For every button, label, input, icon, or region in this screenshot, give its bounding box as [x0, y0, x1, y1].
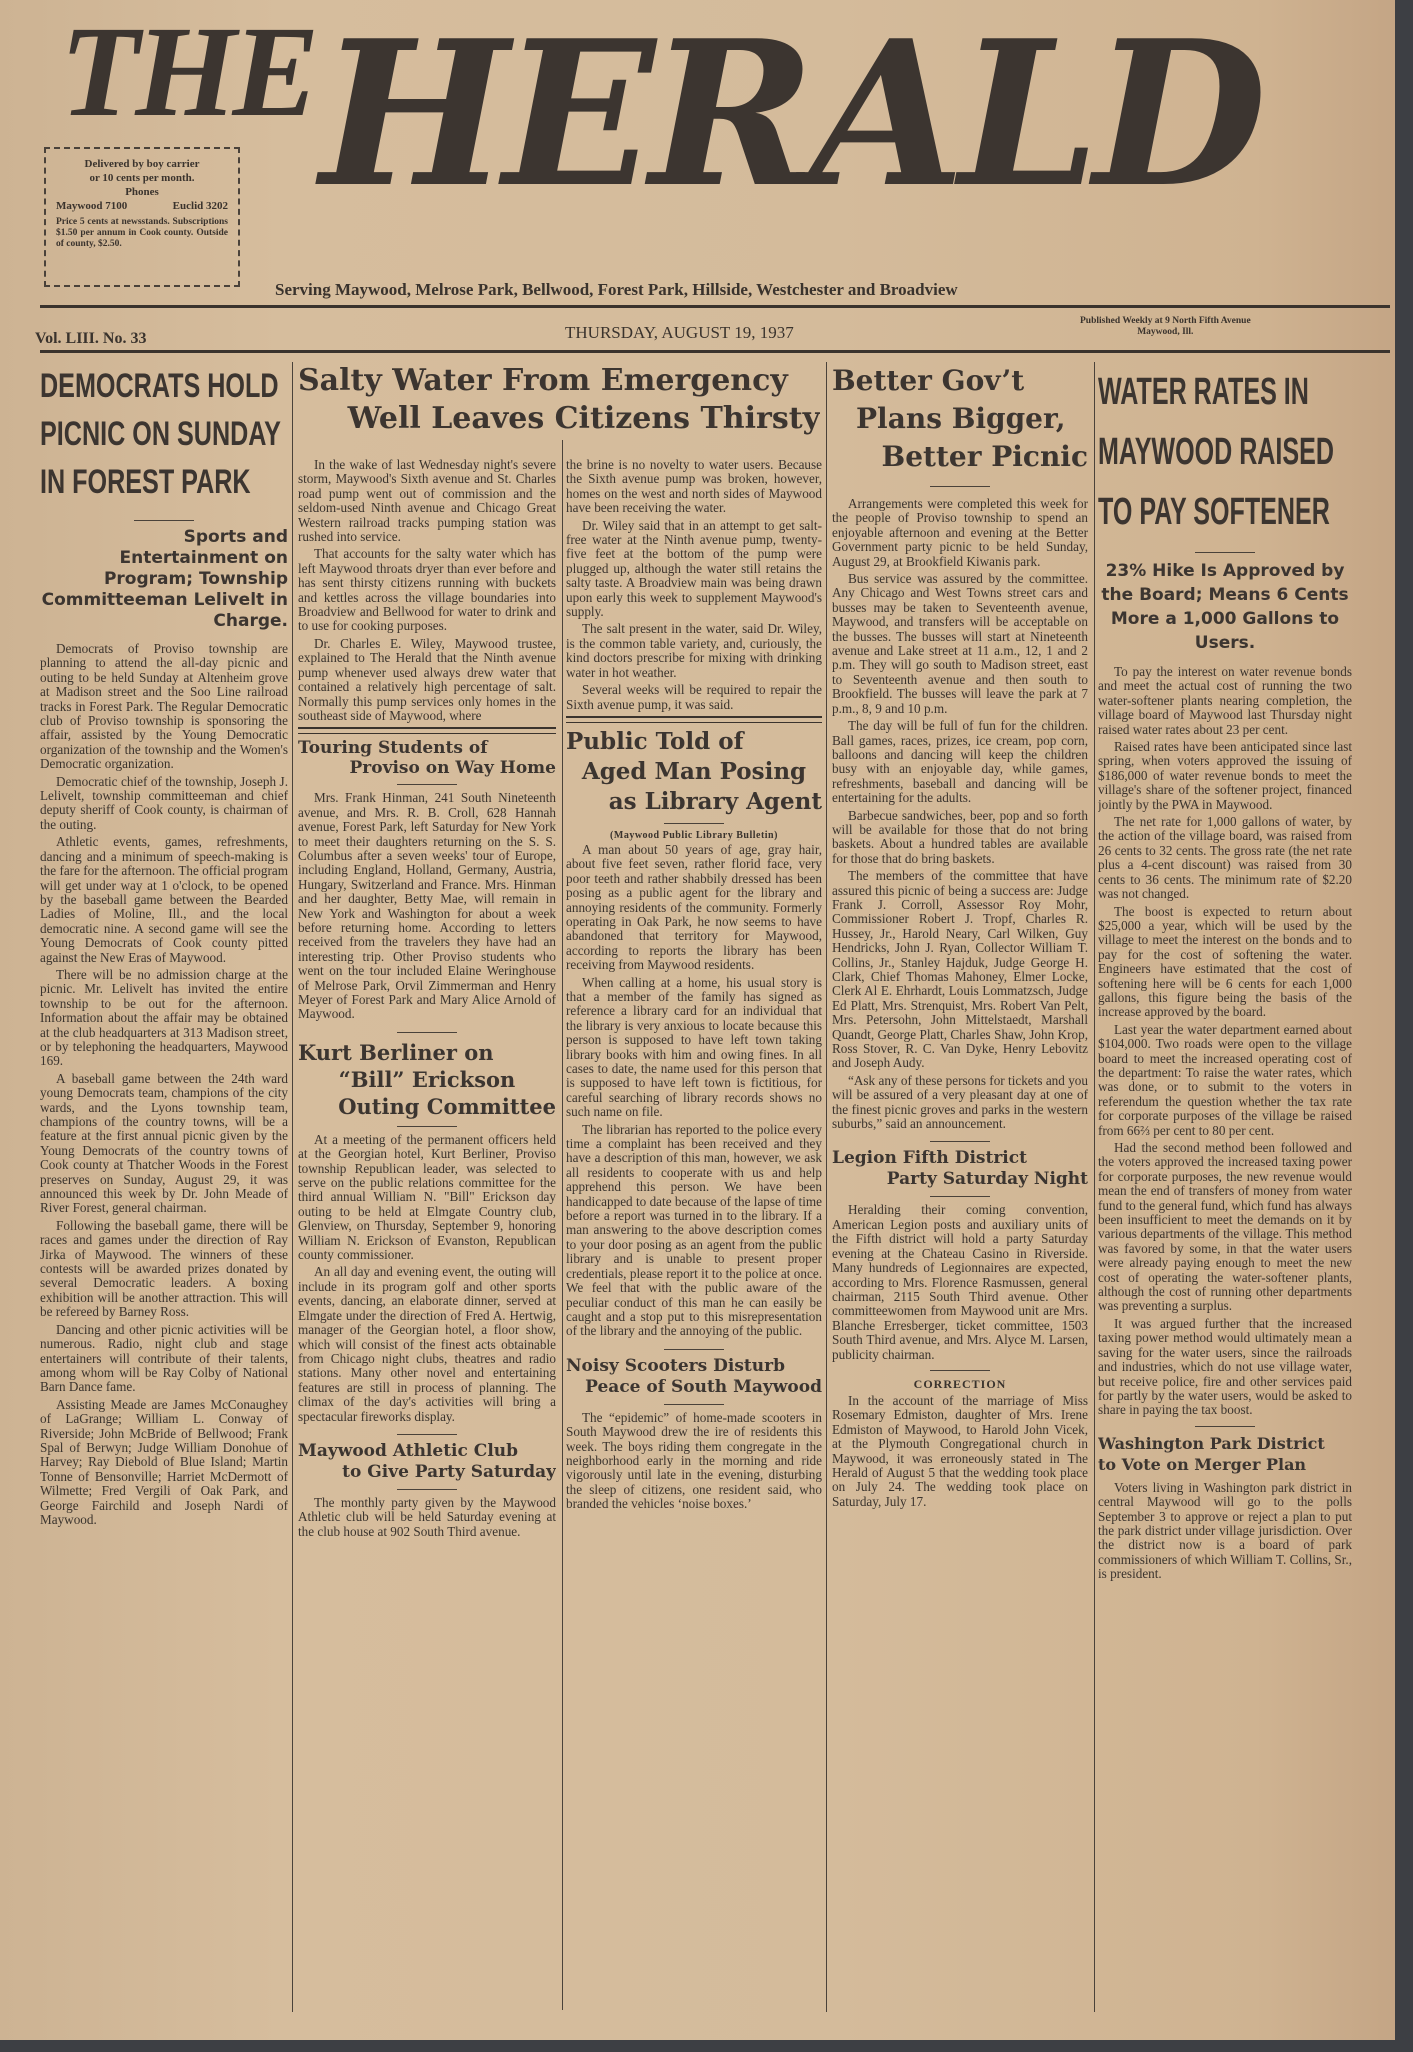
paragraph: Last year the water department earned ab…: [1098, 1023, 1352, 1138]
paragraph: The “epidemic” of home-made scooters in …: [566, 1411, 822, 1512]
headline-line: Washington Park District: [1098, 1433, 1352, 1454]
paragraph: In the account of the marriage of Miss R…: [832, 1394, 1088, 1509]
headline-line: Maywood Athletic Club: [298, 1441, 556, 1462]
paragraph: Heralding their coming convention, Ameri…: [832, 1203, 1088, 1361]
headline-line: Better Picnic: [832, 438, 1088, 476]
article-body-salty-left: In the wake of last Wednesday night's se…: [298, 458, 556, 723]
headline-line: Better Gov’t: [832, 362, 1088, 400]
publication-address: Published Weekly at 9 North Fifth Avenue…: [1080, 316, 1251, 338]
paragraph: Raised rates have been anticipated since…: [1098, 740, 1352, 812]
headline-divider: [397, 784, 457, 785]
paragraph: the brine is no novelty to water users. …: [566, 458, 822, 516]
page-bottom-shadow: [0, 2040, 1413, 2052]
paragraph: A man about 50 years of age, gray hair, …: [566, 843, 822, 973]
page-edge-shadow: [1395, 0, 1413, 2052]
paragraph: Voters living in Washington park distric…: [1098, 1481, 1352, 1582]
headline-divider: [930, 486, 990, 487]
paragraph: Bus service was assured by the committee…: [832, 572, 1088, 716]
article-democrats-picnic: DEMOCRATS HOLD PICNIC ON SUNDAY IN FORES…: [40, 362, 288, 2012]
headline-line: Party Saturday Night: [832, 1169, 1088, 1190]
paragraph: That accounts for the salty water which …: [298, 547, 556, 633]
article-better-picnic: Better Gov’t Plans Bigger, Better Picnic…: [832, 362, 1088, 1131]
section-divider: [930, 1370, 990, 1371]
article-touring-students: Touring Students of Proviso on Way Home …: [298, 738, 556, 1022]
paragraph: Arrangements were completed this week fo…: [832, 497, 1088, 569]
phone-euclid: Euclid 3202: [173, 199, 228, 213]
deck-water-rates: 23% Hike Is Approved by the Board; Means…: [1098, 559, 1352, 655]
section-rule: [566, 716, 822, 723]
headline-divider: [397, 1126, 457, 1127]
paragraph: Several weeks will be required to repair…: [566, 683, 822, 712]
paragraph: When calling at a home, his usual story …: [566, 976, 822, 1120]
paragraph: Dancing and other picnic activities will…: [40, 1323, 288, 1395]
paragraph: The librarian has reported to the police…: [566, 1123, 822, 1339]
pricing-text: Price 5 cents at newsstands. Subscriptio…: [56, 217, 228, 250]
paragraph: The monthly party given by the Maywood A…: [298, 1496, 556, 1539]
deck-democrats: Sports and Entertainment on Program; Tow…: [40, 527, 288, 632]
paragraph: Dr. Wiley said that in an attempt to get…: [566, 519, 822, 620]
headline-line: Salty Water From Emergency: [298, 362, 820, 400]
masthead-rule-bottom: [40, 350, 1390, 353]
publication-address-line-2: Maywood, Ill.: [1080, 327, 1251, 338]
headline-line: DEMOCRATS HOLD: [40, 362, 288, 410]
masthead-rule-top: [40, 305, 1390, 308]
paragraph: Barbecue sandwiches, beer, pop and so fo…: [832, 809, 1088, 867]
section-divider: [1195, 1426, 1255, 1427]
serving-line: Serving Maywood, Melrose Park, Bellwood,…: [275, 280, 958, 300]
volume-number: Vol. LIII. No. 33: [35, 330, 146, 348]
headline-line: WATER RATES IN: [1098, 362, 1352, 422]
headline-democrats: DEMOCRATS HOLD PICNIC ON SUNDAY IN FORES…: [40, 362, 288, 506]
paragraph: Democrats of Proviso township are planni…: [40, 642, 288, 772]
article-water-rates: WATER RATES IN MAYWOOD RAISED TO PAY SOF…: [1098, 362, 1352, 1418]
headline-divider: [134, 520, 194, 521]
headline-line: MAYWOOD RAISED: [1098, 422, 1352, 482]
paragraph: An all day and evening event, the outing…: [298, 1265, 556, 1423]
headline-line: Outing Committee: [298, 1093, 556, 1120]
headline-line: Plans Bigger,: [832, 400, 1088, 438]
headline-divider: [930, 1196, 990, 1197]
paragraph: Had the second method been followed and …: [1098, 1141, 1352, 1314]
delivery-line-1: Delivered by boy carrier: [56, 157, 228, 171]
article-credit: (Maywood Public Library Bulletin): [566, 830, 822, 841]
column-4: Better Gov’t Plans Bigger, Better Picnic…: [832, 362, 1088, 2012]
paragraph: Dr. Charles E. Wiley, Maywood trustee, e…: [298, 637, 556, 723]
headline-divider: [397, 1489, 457, 1490]
paragraph: At a meeting of the permanent officers h…: [298, 1133, 556, 1263]
section-rule: [298, 727, 556, 734]
headline-line: PICNIC ON SUNDAY: [40, 410, 288, 458]
article-washington-park: Washington Park District to Vote on Merg…: [1098, 1433, 1352, 1582]
paragraph: It was argued further that the increased…: [1098, 1317, 1352, 1418]
paragraph: The net rate for 1,000 gallons of water,…: [1098, 815, 1352, 901]
masthead-the: THE: [60, 12, 315, 132]
section-divider: [397, 1434, 457, 1435]
column-divider: [1094, 362, 1095, 2012]
headline-line: Legion Fifth District: [832, 1148, 1088, 1169]
article-athletic-club: Maywood Athletic Club to Give Party Satu…: [298, 1441, 556, 1539]
headline-line: “Bill” Erickson: [298, 1066, 556, 1093]
headline-line: to Give Party Saturday: [298, 1462, 556, 1483]
headline-line: as Library Agent: [566, 787, 822, 817]
headline-line: Kurt Berliner on: [298, 1039, 556, 1066]
column-3: the brine is no novelty to water users. …: [566, 458, 822, 2013]
headline-line: Public Told of: [566, 727, 822, 757]
column-divider: [292, 362, 293, 2012]
paragraph: There will be no admission charge at the…: [40, 968, 288, 1069]
article-body: Democrats of Proviso township are planni…: [40, 642, 288, 1527]
paragraph: In the wake of last Wednesday night's se…: [298, 458, 556, 544]
headline-line: to Vote on Merger Plan: [1098, 1454, 1352, 1475]
column-5: WATER RATES IN MAYWOOD RAISED TO PAY SOF…: [1098, 362, 1352, 2012]
headline-line: Well Leaves Citizens Thirsty: [298, 400, 820, 438]
paragraph: Mrs. Frank Hinman, 241 South Nineteenth …: [298, 791, 556, 1022]
publication-address-line-1: Published Weekly at 9 North Fifth Avenue: [1080, 316, 1251, 327]
article-noisy-scooters: Noisy Scooters Disturb Peace of South Ma…: [566, 1356, 822, 1512]
paragraph: “Ask any of these persons for tickets an…: [832, 1074, 1088, 1132]
delivery-line-2: or 10 cents per month.: [56, 171, 228, 185]
headline-divider: [664, 823, 724, 824]
column-divider: [562, 440, 563, 2010]
paragraph: A baseball game between the 24th ward yo…: [40, 1072, 288, 1216]
column-divider: [826, 362, 827, 2012]
article-correction: CORRECTION In the account of the marriag…: [832, 1377, 1088, 1509]
paragraph: Following the baseball game, there will …: [40, 1219, 288, 1320]
phone-maywood: Maywood 7100: [56, 199, 127, 213]
column-2: In the wake of last Wednesday night's se…: [298, 458, 556, 2013]
headline-line: Proviso on Way Home: [298, 758, 556, 778]
masthead-title: HERALD: [320, 10, 1261, 220]
headline-salty-water: Salty Water From Emergency Well Leaves C…: [298, 362, 820, 452]
correction-heading: CORRECTION: [832, 1377, 1088, 1392]
article-legion-party: Legion Fifth District Party Saturday Nig…: [832, 1148, 1088, 1361]
paragraph: Democratic chief of the township, Joseph…: [40, 775, 288, 833]
article-library-agent: Public Told of Aged Man Posing as Librar…: [566, 727, 822, 1339]
headline-divider: [1195, 552, 1255, 553]
paragraph: The day will be full of fun for the chil…: [832, 719, 1088, 805]
headline-water-rates: WATER RATES IN MAYWOOD RAISED TO PAY SOF…: [1098, 362, 1352, 542]
article-body-salty-right: the brine is no novelty to water users. …: [566, 458, 822, 712]
section-divider: [930, 1141, 990, 1142]
paragraph: To pay the interest on water revenue bon…: [1098, 665, 1352, 737]
section-divider: [397, 1032, 457, 1033]
paragraph: The salt present in the water, said Dr. …: [566, 622, 822, 680]
section-divider: [664, 1349, 724, 1350]
headline-line: TO PAY SOFTENER: [1098, 482, 1352, 542]
issue-date: THURSDAY, AUGUST 19, 1937: [565, 323, 794, 343]
paragraph: Assisting Meade are James McConaughey of…: [40, 1398, 288, 1528]
headline-line: Aged Man Posing: [566, 757, 822, 787]
headline-line: Touring Students of: [298, 738, 556, 758]
headline-line: IN FOREST PARK: [40, 458, 288, 506]
headline-line: Noisy Scooters Disturb: [566, 1356, 822, 1377]
paragraph: The members of the committee that have a…: [832, 869, 1088, 1071]
headline-line: Peace of South Maywood: [566, 1377, 822, 1398]
headline-divider: [664, 1404, 724, 1405]
paragraph: The boost is expected to return about $2…: [1098, 905, 1352, 1020]
phones-label: Phones: [56, 185, 228, 199]
subscription-box: Delivered by boy carrier or 10 cents per…: [44, 147, 240, 287]
article-berliner: Kurt Berliner on “Bill” Erickson Outing …: [298, 1039, 556, 1424]
paragraph: Athletic events, games, refreshments, da…: [40, 835, 288, 965]
